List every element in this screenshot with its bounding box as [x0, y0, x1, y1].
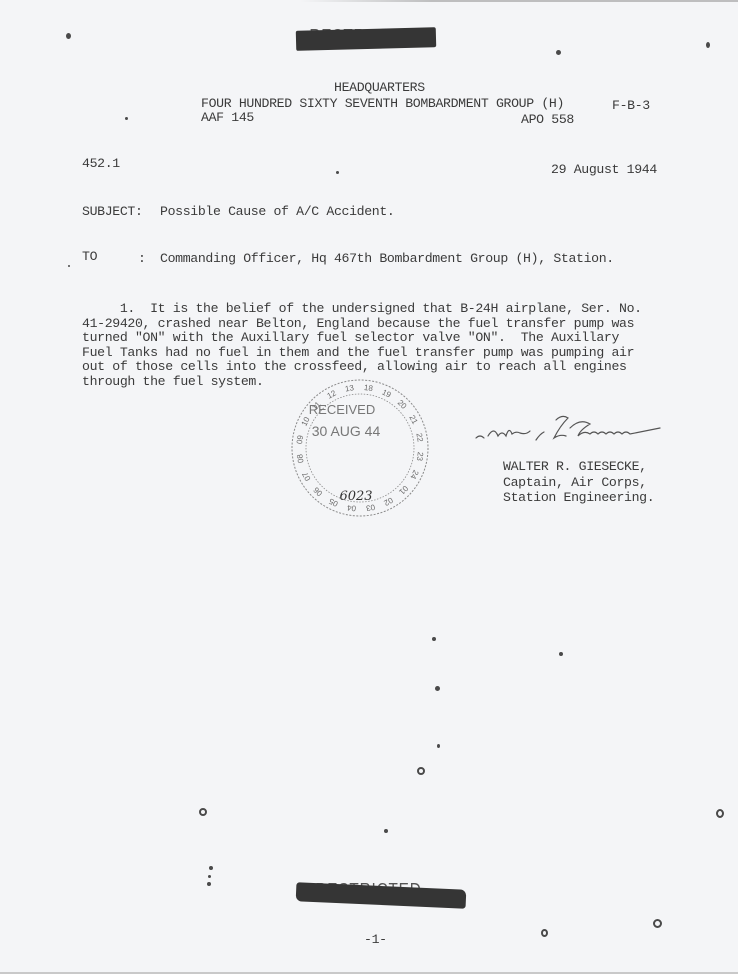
classification-top-redaction — [296, 27, 436, 51]
stamp-received-label: RECEIVED — [309, 402, 375, 417]
subject-label: SUBJECT: — [82, 205, 143, 219]
header-unit-code: AAF 145 — [201, 111, 254, 125]
to-recipient: Commanding Officer, Hq 467th Bombardment… — [160, 252, 614, 266]
stamp-ring-number: 18 — [363, 383, 374, 393]
header-group-name: FOUR HUNDRED SIXTY SEVENTH BOMBARDMENT G… — [201, 97, 564, 111]
page-number: -1- — [364, 933, 387, 947]
document-date: 29 August 1944 — [551, 163, 657, 177]
signature-handwritten — [470, 408, 700, 452]
file-number: 452.1 — [82, 157, 120, 171]
to-colon: : — [138, 252, 146, 266]
stamp-ring-number: 21 — [407, 414, 419, 427]
classification-bottom-redaction — [296, 882, 467, 908]
to-label: TO — [82, 250, 97, 264]
header-apo: APO 558 — [521, 113, 574, 127]
body-line: through the fuel system. — [82, 375, 264, 389]
body-line: 1. It is the belief of the undersigned t… — [82, 302, 642, 316]
stamp-date: 30 AUG 44 — [312, 423, 381, 439]
stamp-ring-number: 23 — [415, 451, 425, 462]
header-form-ref: F-B-3 — [612, 99, 650, 113]
stamp-ring-number: 01 — [397, 484, 410, 497]
stamp-ring-number: 24 — [408, 469, 420, 481]
signatory-name: WALTER R. GIESECKE, — [503, 460, 647, 474]
stamp-ring-number: 07 — [300, 470, 312, 483]
body-line: 41-29420, crashed near Belton, England b… — [82, 317, 634, 331]
body-line: Fuel Tanks had no fuel in them and the f… — [82, 346, 634, 360]
signatory-office: Station Engineering. — [503, 491, 654, 505]
stamp-ring-number: 05 — [327, 496, 339, 508]
scan-edge-top — [300, 0, 738, 2]
signatory-rank: Captain, Air Corps, — [503, 476, 647, 490]
header-headquarters: HEADQUARTERS — [334, 81, 425, 95]
body-line: out of those cells into the crossfeed, a… — [82, 360, 627, 374]
stamp-ring-number: 20 — [396, 398, 409, 411]
stamp-ring-number: 02 — [382, 495, 395, 507]
stamp-ring-number: 09 — [295, 434, 305, 445]
stamp-ring-number: 13 — [344, 383, 355, 394]
stamp-ring-number: 04 — [346, 503, 357, 513]
stamp-ring-number: 19 — [381, 388, 393, 400]
subject-text: Possible Cause of A/C Accident. — [160, 205, 394, 219]
stamp-ring-number: 08 — [295, 453, 306, 464]
body-line: turned "ON" with the Auxillary fuel sele… — [82, 331, 619, 345]
document-page: RESTRICTED HEADQUARTERS FOUR HUNDRED SIX… — [0, 0, 738, 974]
stamp-ring-number: 12 — [326, 388, 339, 400]
received-stamp: 1318192021222324010203040506070809101112… — [280, 378, 440, 518]
stamp-ring-number: 22 — [414, 432, 425, 443]
stamp-handwritten-number: 6023 — [339, 489, 372, 504]
